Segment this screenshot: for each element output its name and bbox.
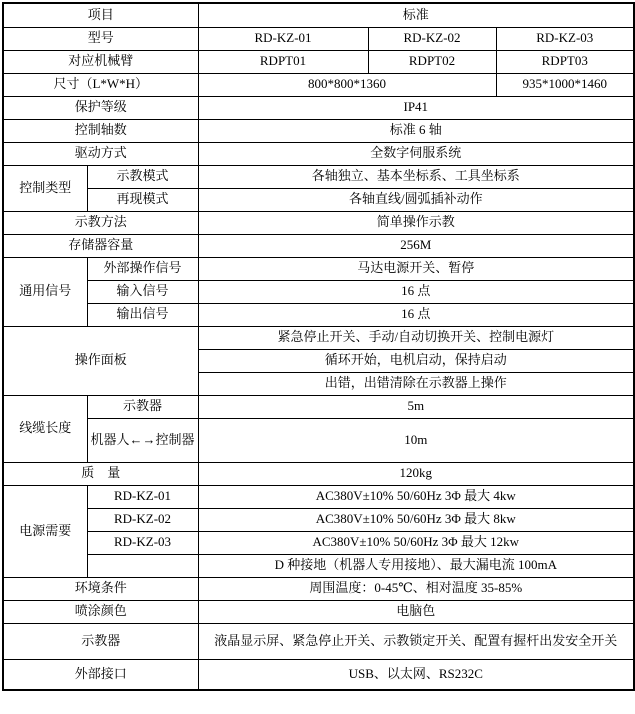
- model-value-2: RD-KZ-02: [368, 27, 496, 50]
- row-power-kz01: 电源需要 RD-KZ-01 AC380V±10% 50/60Hz 3Φ 最大 4…: [3, 485, 634, 508]
- row-size: 尺寸（L*W*H） 800*800*1360 935*1000*1460: [3, 73, 634, 96]
- panel-label: 操作面板: [3, 326, 198, 395]
- power-ground-value: D 种接地（机器人专用接地）、最大漏电流 100mA: [198, 554, 634, 577]
- size-value-3: 935*1000*1460: [496, 73, 634, 96]
- row-paint: 喷涂颜色 电脑色: [3, 600, 634, 623]
- cable-label: 线缆长度: [3, 395, 87, 462]
- cable-robot-controller-label: 机器人←→控制器: [87, 418, 198, 462]
- row-protection: 保护等级 IP41: [3, 96, 634, 119]
- row-memory: 存储器容量 256M: [3, 234, 634, 257]
- power-kz03-value: AC380V±10% 50/60Hz 3Φ 最大 12kw: [198, 531, 634, 554]
- row-pendant: 示教器 液晶显示屏、紧急停止开关、示教锁定开关、配置有握杆出发安全开关: [3, 623, 634, 659]
- output-signal-label: 输出信号: [87, 303, 198, 326]
- row-power-kz03: RD-KZ-03 AC380V±10% 50/60Hz 3Φ 最大 12kw: [3, 531, 634, 554]
- size-label: 尺寸（L*W*H）: [3, 73, 198, 96]
- pendant-value: 液晶显示屏、紧急停止开关、示教锁定开关、配置有握杆出发安全开关: [198, 623, 634, 659]
- memory-label: 存储器容量: [3, 234, 198, 257]
- power-kz03-label: RD-KZ-03: [87, 531, 198, 554]
- row-drive: 驱动方式 全数字伺服系统: [3, 142, 634, 165]
- cable-pendant-label: 示教器: [87, 395, 198, 418]
- protection-label: 保护等级: [3, 96, 198, 119]
- environment-label: 环境条件: [3, 577, 198, 600]
- row-teach-method: 示教方法 简单操作示教: [3, 211, 634, 234]
- interface-label: 外部接口: [3, 659, 198, 690]
- header-standard-cell: 标准: [198, 3, 634, 27]
- row-environment: 环境条件 周围温度：0-45℃、相对温度 35-85%: [3, 577, 634, 600]
- axes-label: 控制轴数: [3, 119, 198, 142]
- row-signals-output: 输出信号 16 点: [3, 303, 634, 326]
- memory-value: 256M: [198, 234, 634, 257]
- row-signals-external: 通用信号 外部操作信号 马达电源开关、暂停: [3, 257, 634, 280]
- arm-value-1: RDPT01: [198, 50, 368, 73]
- weight-value: 120kg: [198, 462, 634, 485]
- model-label: 型号: [3, 27, 198, 50]
- row-panel-1: 操作面板 紧急停止开关、手动/自动切换开关、控制电源灯: [3, 326, 634, 349]
- teach-method-value: 简单操作示教: [198, 211, 634, 234]
- axes-value: 标准 6 轴: [198, 119, 634, 142]
- row-weight: 质 量 120kg: [3, 462, 634, 485]
- drive-value: 全数字伺服系统: [198, 142, 634, 165]
- power-kz01-value: AC380V±10% 50/60Hz 3Φ 最大 4kw: [198, 485, 634, 508]
- row-cable-robot-controller: 机器人←→控制器 10m: [3, 418, 634, 462]
- paint-value: 电脑色: [198, 600, 634, 623]
- power-ground-label: [87, 554, 198, 577]
- panel-value-1: 紧急停止开关、手动/自动切换开关、控制电源灯: [198, 326, 634, 349]
- interface-value: USB、以太网、RS232C: [198, 659, 634, 690]
- external-signal-label: 外部操作信号: [87, 257, 198, 280]
- drive-label: 驱动方式: [3, 142, 198, 165]
- teach-method-label: 示教方法: [3, 211, 198, 234]
- control-type-label: 控制类型: [3, 165, 87, 211]
- arm-value-2: RDPT02: [368, 50, 496, 73]
- header-item-cell: 项目: [3, 3, 198, 27]
- row-power-ground: D 种接地（机器人专用接地）、最大漏电流 100mA: [3, 554, 634, 577]
- external-signal-value: 马达电源开关、暂停: [198, 257, 634, 280]
- row-power-kz02: RD-KZ-02 AC380V±10% 50/60Hz 3Φ 最大 8kw: [3, 508, 634, 531]
- cable-robot-controller-value: 10m: [198, 418, 634, 462]
- teach-mode-label: 示教模式: [87, 165, 198, 188]
- row-cable-pendant: 线缆长度 示教器 5m: [3, 395, 634, 418]
- protection-value: IP41: [198, 96, 634, 119]
- cable-pendant-value: 5m: [198, 395, 634, 418]
- power-kz01-label: RD-KZ-01: [87, 485, 198, 508]
- row-control-type-teach: 控制类型 示教模式 各轴独立、基本坐标系、工具坐标系: [3, 165, 634, 188]
- teach-mode-value: 各轴独立、基本坐标系、工具坐标系: [198, 165, 634, 188]
- arm-value-3: RDPT03: [496, 50, 634, 73]
- size-value-12: 800*800*1360: [198, 73, 496, 96]
- spec-table: 项目 标准 型号 RD-KZ-01 RD-KZ-02 RD-KZ-03 对应机械…: [2, 2, 635, 691]
- output-signal-value: 16 点: [198, 303, 634, 326]
- spec-sheet-page: 项目 标准 型号 RD-KZ-01 RD-KZ-02 RD-KZ-03 对应机械…: [0, 0, 635, 714]
- signals-label: 通用信号: [3, 257, 87, 326]
- row-interface: 外部接口 USB、以太网、RS232C: [3, 659, 634, 690]
- input-signal-value: 16 点: [198, 280, 634, 303]
- row-model: 型号 RD-KZ-01 RD-KZ-02 RD-KZ-03: [3, 27, 634, 50]
- panel-value-2: 循环开始，电机启动，保持启动: [198, 349, 634, 372]
- input-signal-label: 输入信号: [87, 280, 198, 303]
- power-kz02-label: RD-KZ-02: [87, 508, 198, 531]
- playback-mode-label: 再现模式: [87, 188, 198, 211]
- row-axes: 控制轴数 标准 6 轴: [3, 119, 634, 142]
- paint-label: 喷涂颜色: [3, 600, 198, 623]
- weight-label: 质 量: [3, 462, 198, 485]
- model-value-3: RD-KZ-03: [496, 27, 634, 50]
- environment-value: 周围温度：0-45℃、相对温度 35-85%: [198, 577, 634, 600]
- arm-label: 对应机械臂: [3, 50, 198, 73]
- playback-mode-value: 各轴直线/圆弧插补动作: [198, 188, 634, 211]
- row-signals-input: 输入信号 16 点: [3, 280, 634, 303]
- pendant-label: 示教器: [3, 623, 198, 659]
- power-kz02-value: AC380V±10% 50/60Hz 3Φ 最大 8kw: [198, 508, 634, 531]
- model-value-1: RD-KZ-01: [198, 27, 368, 50]
- panel-value-3: 出错，出错清除在示教器上操作: [198, 372, 634, 395]
- power-label: 电源需要: [3, 485, 87, 577]
- row-control-type-playback: 再现模式 各轴直线/圆弧插补动作: [3, 188, 634, 211]
- row-header: 项目 标准: [3, 3, 634, 27]
- row-arm: 对应机械臂 RDPT01 RDPT02 RDPT03: [3, 50, 634, 73]
